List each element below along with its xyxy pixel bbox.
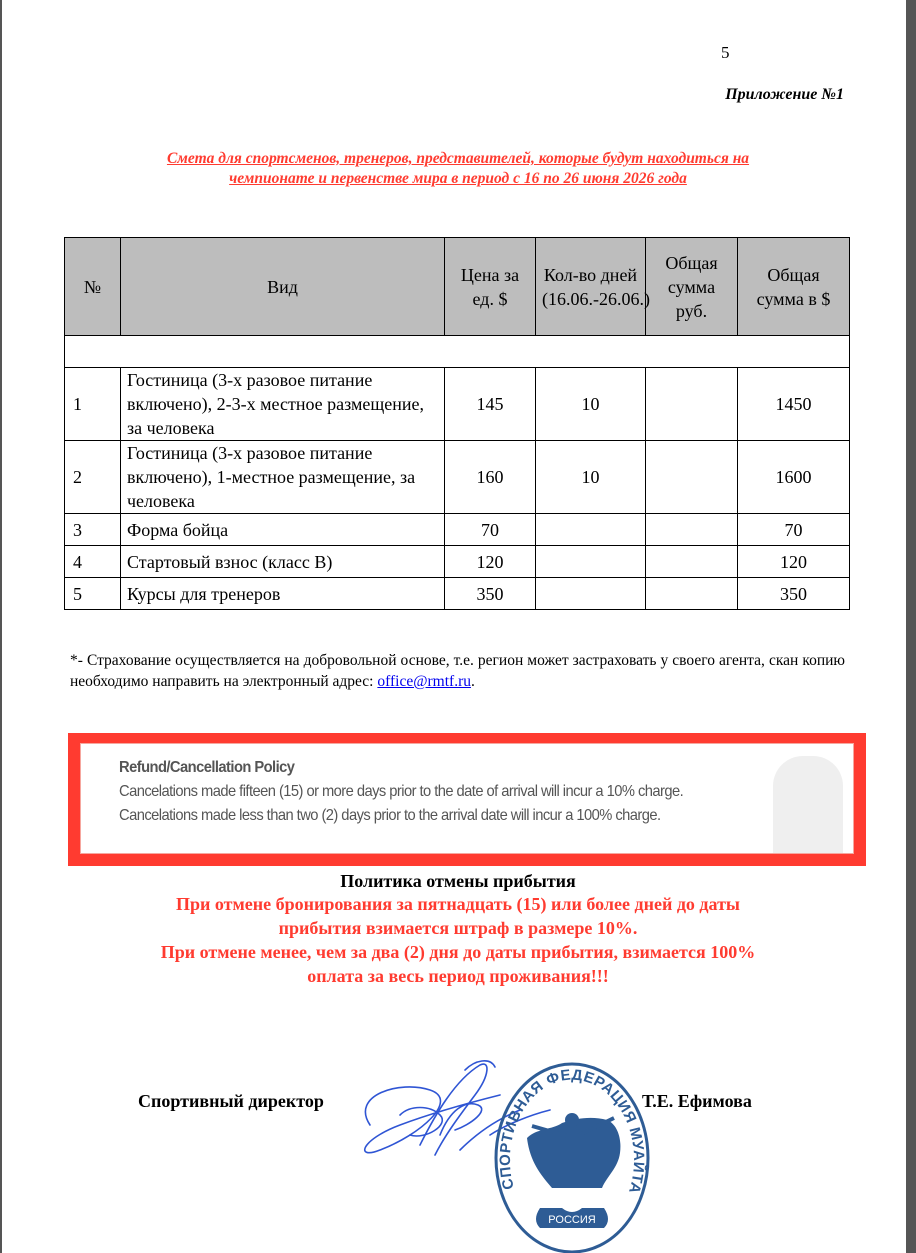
cell-no: 5 — [65, 578, 121, 610]
cell-item: Форма бойца — [121, 514, 445, 546]
header-total-usd: Общая сумма в $ — [738, 238, 850, 336]
cell-no: 3 — [65, 514, 121, 546]
footnote-suffix: . — [471, 673, 475, 690]
refund-policy-heading: Refund/Cancellation Policy — [119, 756, 683, 780]
cell-days — [536, 546, 646, 578]
table-row: 2 Гостиница (3-х разовое питание включен… — [65, 441, 850, 514]
watermark-silhouette — [773, 756, 843, 854]
refund-policy-highlight: Refund/Cancellation Policy Cancelations … — [68, 733, 866, 866]
ru-policy-line-4: оплата за весь период проживания!!! — [90, 964, 826, 988]
table-row: 5 Курсы для тренеров 350 350 — [65, 578, 850, 610]
title-line-2: чемпионате и первенстве мира в период с … — [90, 169, 826, 189]
scrollbar[interactable] — [906, 0, 916, 1253]
table-row: 1 Гостиница (3-х разовое питание включен… — [65, 368, 850, 441]
cell-item: Гостиница (3-х разовое питание включено)… — [121, 441, 445, 514]
cell-days — [536, 578, 646, 610]
estimate-table: № Вид Цена за ед. $ Кол-во дней (16.06.-… — [64, 237, 850, 610]
table-row: 4 Стартовый взнос (класс В) 120 120 — [65, 546, 850, 578]
cell-total-rub — [646, 514, 738, 546]
cell-days — [536, 514, 646, 546]
organization-stamp-icon: СПОРТИВНАЯ ФЕДЕРАЦИЯ МУАЙТАЙ РОССИЯ — [492, 1058, 652, 1253]
refund-policy-line-2: Cancelations made less than two (2) days… — [119, 804, 683, 828]
cell-item: Курсы для тренеров — [121, 578, 445, 610]
header-price: Цена за ед. $ — [445, 238, 536, 336]
cell-total-usd: 1600 — [738, 441, 850, 514]
cell-total-usd: 1450 — [738, 368, 850, 441]
insurance-footnote: *- Страхование осуществляется на доброво… — [70, 650, 845, 692]
cell-item: Гостиница (3-х разовое питание включено)… — [121, 368, 445, 441]
cell-days: 10 — [536, 441, 646, 514]
email-link[interactable]: office@rmtf.ru — [377, 673, 471, 690]
cell-price: 145 — [445, 368, 536, 441]
cell-total-rub — [646, 368, 738, 441]
header-days: Кол-во дней (16.06.-26.06.) — [536, 238, 646, 336]
cell-total-usd: 350 — [738, 578, 850, 610]
document-title: Смета для спортсменов, тренеров, предста… — [90, 149, 826, 189]
cell-total-usd: 120 — [738, 546, 850, 578]
cell-total-usd: 70 — [738, 514, 850, 546]
table-spacer-row — [65, 336, 850, 368]
cell-price: 120 — [445, 546, 536, 578]
ru-policy-line-1: При отмене бронирования за пятнадцать (1… — [90, 892, 826, 916]
cell-total-rub — [646, 578, 738, 610]
page-number: 5 — [721, 43, 730, 63]
ru-policy-line-3: При отмене менее, чем за два (2) дня до … — [90, 940, 826, 964]
signer-name: Т.Е. Ефимова — [642, 1091, 752, 1112]
cell-no: 1 — [65, 368, 121, 441]
refund-policy-ru: Политика отмены прибытия При отмене брон… — [90, 870, 826, 988]
cell-item: Стартовый взнос (класс В) — [121, 546, 445, 578]
refund-policy-en: Refund/Cancellation Policy Cancelations … — [119, 756, 683, 828]
table-header-row: № Вид Цена за ед. $ Кол-во дней (16.06.-… — [65, 238, 850, 336]
refund-policy-line-1: Cancelations made fifteen (15) or more d… — [119, 780, 683, 804]
refund-policy-image: Refund/Cancellation Policy Cancelations … — [80, 743, 854, 854]
cell-days: 10 — [536, 368, 646, 441]
cell-no: 2 — [65, 441, 121, 514]
cell-price: 350 — [445, 578, 536, 610]
header-no: № — [65, 238, 121, 336]
cell-total-rub — [646, 546, 738, 578]
stamp-bottom-text: РОССИЯ — [548, 1214, 595, 1226]
header-item: Вид — [121, 238, 445, 336]
appendix-label: Приложение №1 — [725, 86, 844, 104]
signer-role: Спортивный директор — [138, 1091, 324, 1112]
cell-price: 160 — [445, 441, 536, 514]
cell-no: 4 — [65, 546, 121, 578]
table-row: 3 Форма бойца 70 70 — [65, 514, 850, 546]
ru-policy-heading: Политика отмены прибытия — [90, 870, 826, 892]
cell-total-rub — [646, 441, 738, 514]
header-total-rub: Общая сумма руб. — [646, 238, 738, 336]
cell-price: 70 — [445, 514, 536, 546]
page-left-edge — [0, 0, 2, 1253]
ru-policy-line-2: прибытия взимается штраф в размере 10%. — [90, 916, 826, 940]
title-line-1: Смета для спортсменов, тренеров, предста… — [90, 149, 826, 169]
